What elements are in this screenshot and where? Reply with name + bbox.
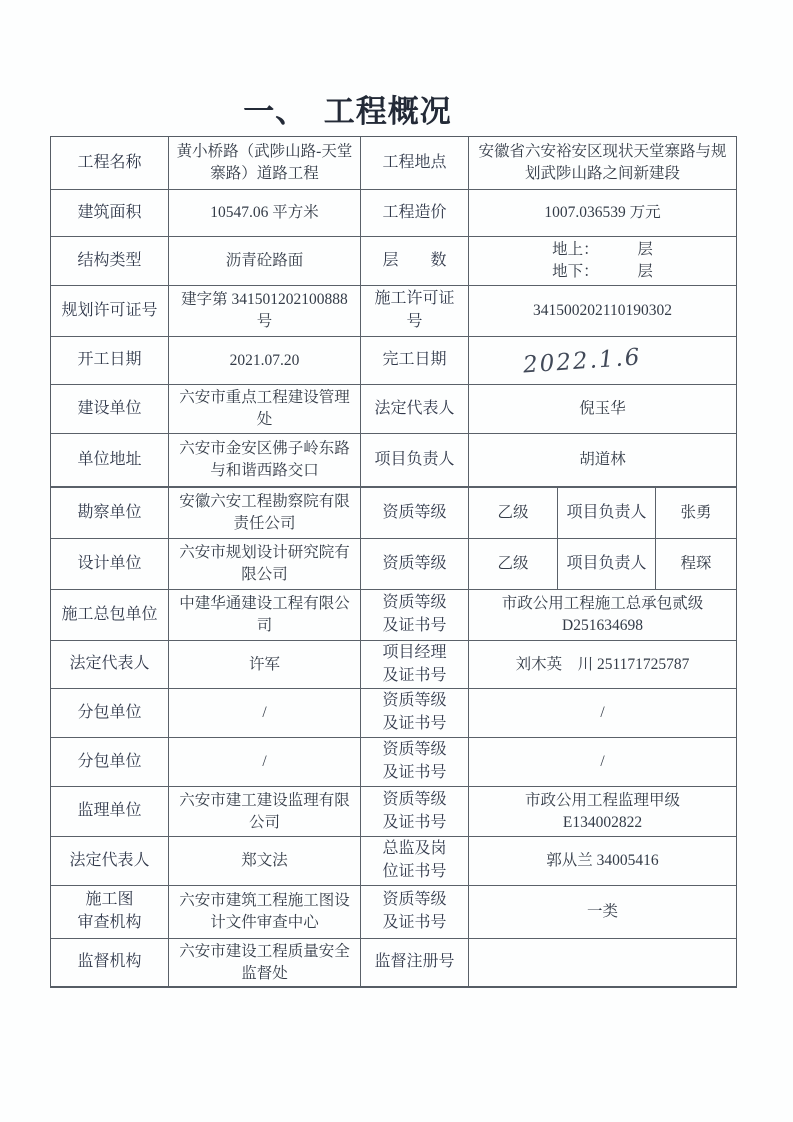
table-row: 结构类型 沥青砼路面 层 数 地上： 层 地下： 层 (51, 237, 736, 286)
row-label: 设计单位 (51, 539, 169, 589)
row-label: 工程名称 (51, 137, 169, 189)
value-cell: 2021.07.20 (169, 337, 361, 384)
row-label-2: 法定代表人 (361, 385, 469, 433)
row-label-2: 项目经理 及证书号 (361, 641, 469, 688)
value-cell: 10547.06 平方米 (169, 190, 361, 236)
row-label-2: 资质等级 及证书号 (361, 689, 469, 737)
value-cell: 安徽六安工程勘察院有限 责任公司 (169, 488, 361, 538)
value-cell: 建字第 341501202100888 号 (169, 286, 361, 336)
document-title: 一、 工程概况 (5, 86, 690, 131)
handwritten-completion-date: 2022.1.6 (522, 341, 642, 382)
value-cell-2: 刘木英 川 251171725787 (469, 641, 736, 688)
value-cell-2: 倪玉华 (469, 385, 736, 433)
value-cell-2: 安徽省六安裕安区现状天堂寨路与规 划武陟山路之间新建段 (469, 137, 736, 189)
row-label-2: 监督注册号 (361, 939, 469, 986)
value-cell: 六安市建设工程质量安全 监督处 (169, 939, 361, 986)
grade-cell: 乙级 (469, 488, 558, 538)
table-row: 分包单位 / 资质等级 及证书号 / (51, 689, 736, 738)
row-label: 分包单位 (51, 689, 169, 737)
value-cell-2: / (469, 738, 736, 786)
value-cell-2: 一类 (469, 886, 736, 938)
table-row: 施工图 审查机构 六安市建筑工程施工图设 计文件审查中心 资质等级 及证书号 一… (51, 886, 736, 939)
row-label-2: 资质等级 及证书号 (361, 787, 469, 836)
row-label: 监督机构 (51, 939, 169, 986)
row-label: 分包单位 (51, 738, 169, 786)
sub-label-cell: 项目负责人 (558, 539, 656, 589)
scanned-document-page: 一、 工程概况 工程名称 黄小桥路（武陟山路-天堂 寨路）道路工程 工程地点 安… (0, 0, 793, 1122)
person-cell: 张勇 (656, 488, 736, 538)
table-row: 勘察单位 安徽六安工程勘察院有限 责任公司 资质等级 乙级 项目负责人 张勇 (51, 488, 736, 539)
row-label: 监理单位 (51, 787, 169, 836)
row-label-2: 资质等级 及证书号 (361, 590, 469, 640)
value-cell-2: / (469, 689, 736, 737)
table-row: 开工日期 2021.07.20 完工日期 2022.1.6 (51, 337, 736, 385)
row-label: 勘察单位 (51, 488, 169, 538)
row-label-2: 层 数 (361, 237, 469, 285)
value-cell: / (169, 689, 361, 737)
value-cell-2: 市政公用工程施工总承包贰级 D251634698 (469, 590, 736, 640)
table-row: 设计单位 六安市规划设计研究院有 限公司 资质等级 乙级 项目负责人 程琛 (51, 539, 736, 590)
row-label-2: 项目负责人 (361, 434, 469, 486)
row-label: 法定代表人 (51, 837, 169, 885)
value-cell-2: 地上： 层 地下： 层 (469, 237, 736, 285)
row-label: 开工日期 (51, 337, 169, 384)
sub-label-cell: 项目负责人 (558, 488, 656, 538)
value-cell: 黄小桥路（武陟山路-天堂 寨路）道路工程 (169, 137, 361, 189)
table-row: 监督机构 六安市建设工程质量安全 监督处 监督注册号 (51, 939, 736, 986)
table-row: 规划许可证号 建字第 341501202100888 号 施工许可证号 3415… (51, 286, 736, 337)
row-label-2: 资质等级 及证书号 (361, 738, 469, 786)
row-label-2: 资质等级 及证书号 (361, 886, 469, 938)
row-label-2: 工程造价 (361, 190, 469, 236)
value-cell: 六安市规划设计研究院有 限公司 (169, 539, 361, 589)
value-cell: 六安市金安区佛子岭东路 与和谐西路交口 (169, 434, 361, 486)
row-label: 结构类型 (51, 237, 169, 285)
grade-cell: 乙级 (469, 539, 558, 589)
row-label-2: 施工许可证号 (361, 286, 469, 336)
value-cell: 郑文法 (169, 837, 361, 885)
value-cell-2: 胡道林 (469, 434, 736, 486)
project-overview-table: 工程名称 黄小桥路（武陟山路-天堂 寨路）道路工程 工程地点 安徽省六安裕安区现… (50, 136, 737, 988)
table-row: 施工总包单位 中建华通建设工程有限公 司 资质等级 及证书号 市政公用工程施工总… (51, 590, 736, 641)
value-cell: 沥青砼路面 (169, 237, 361, 285)
row-label-2: 完工日期 (361, 337, 469, 384)
value-cell-2: 1007.036539 万元 (469, 190, 736, 236)
value-cell-2: 市政公用工程监理甲级 E134002822 (469, 787, 736, 836)
row-label: 建筑面积 (51, 190, 169, 236)
row-label-2: 总监及岗 位证书号 (361, 837, 469, 885)
table-row: 法定代表人 郑文法 总监及岗 位证书号 郭从兰 34005416 (51, 837, 736, 886)
value-cell: 六安市建筑工程施工图设 计文件审查中心 (169, 886, 361, 938)
value-cell: 中建华通建设工程有限公 司 (169, 590, 361, 640)
value-cell-2: 341500202110190302 (469, 286, 736, 336)
table-row: 建筑面积 10547.06 平方米 工程造价 1007.036539 万元 (51, 190, 736, 237)
table-row: 分包单位 / 资质等级 及证书号 / (51, 738, 736, 787)
table-row: 单位地址 六安市金安区佛子岭东路 与和谐西路交口 项目负责人 胡道林 (51, 434, 736, 488)
row-label: 施工总包单位 (51, 590, 169, 640)
value-cell: 六安市建工建设监理有限 公司 (169, 787, 361, 836)
row-label-2: 工程地点 (361, 137, 469, 189)
value-cell: / (169, 738, 361, 786)
row-label: 施工图 审查机构 (51, 886, 169, 938)
value-cell-2 (469, 939, 736, 986)
person-cell: 程琛 (656, 539, 736, 589)
table-row: 工程名称 黄小桥路（武陟山路-天堂 寨路）道路工程 工程地点 安徽省六安裕安区现… (51, 137, 736, 190)
row-label: 规划许可证号 (51, 286, 169, 336)
table-row: 建设单位 六安市重点工程建设管理 处 法定代表人 倪玉华 (51, 385, 736, 434)
value-cell: 许军 (169, 641, 361, 688)
table-row: 法定代表人 许军 项目经理 及证书号 刘木英 川 251171725787 (51, 641, 736, 689)
row-label: 单位地址 (51, 434, 169, 486)
row-label-2: 资质等级 (361, 539, 469, 589)
table-row: 监理单位 六安市建工建设监理有限 公司 资质等级 及证书号 市政公用工程监理甲级… (51, 787, 736, 837)
value-cell: 六安市重点工程建设管理 处 (169, 385, 361, 433)
value-cell-2: 郭从兰 34005416 (469, 837, 736, 885)
row-label: 建设单位 (51, 385, 169, 433)
row-label-2: 资质等级 (361, 488, 469, 538)
row-label: 法定代表人 (51, 641, 169, 688)
value-cell-2: 2022.1.6 (469, 337, 736, 384)
